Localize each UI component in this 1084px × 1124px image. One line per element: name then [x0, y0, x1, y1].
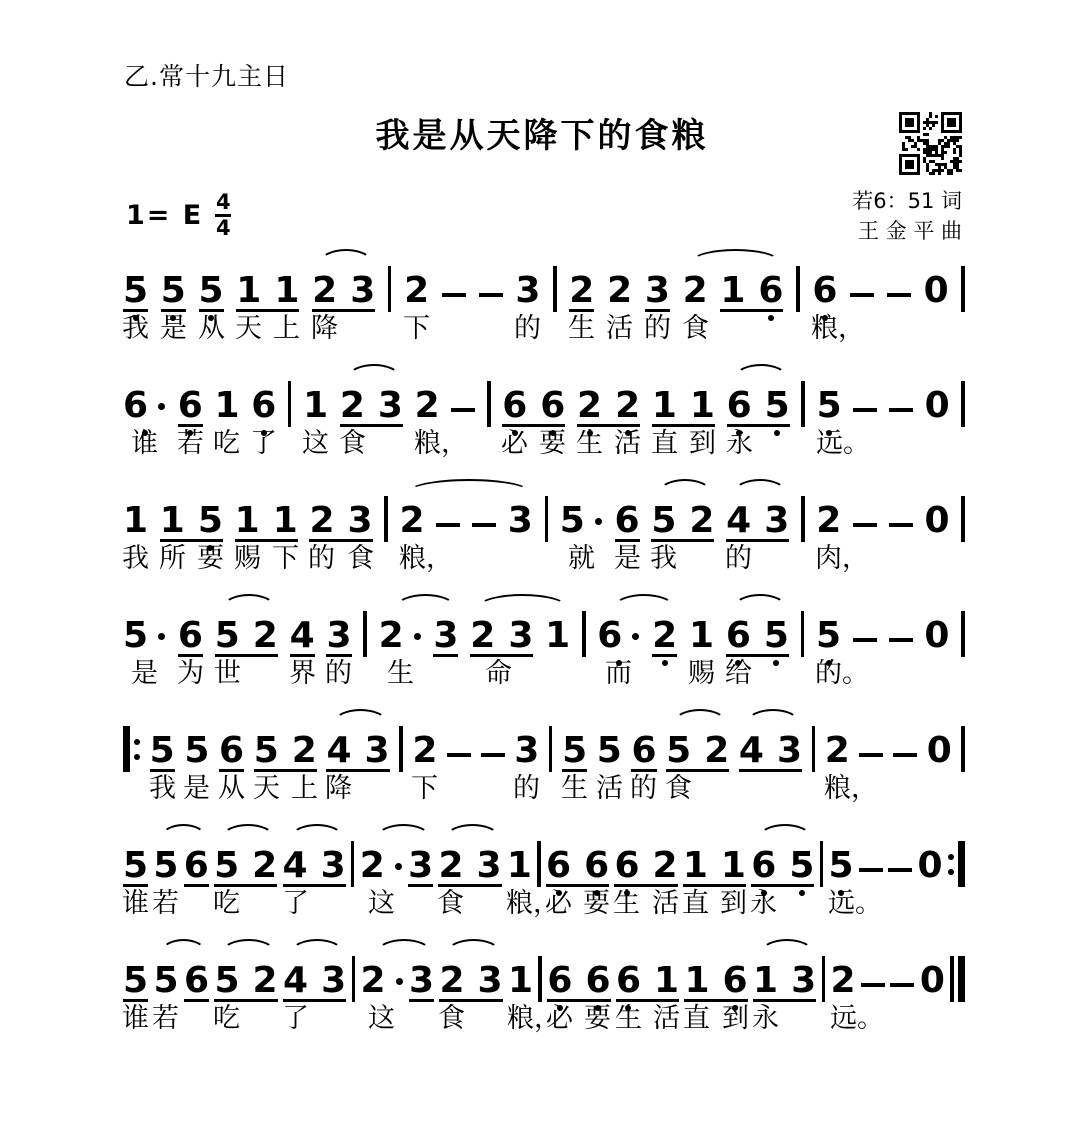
lyric-syllable: 所	[159, 544, 186, 574]
note: 3	[433, 617, 458, 657]
note: 5	[764, 617, 789, 654]
lyric-syllable: 永	[750, 889, 777, 919]
lyric-syllable: 食	[347, 544, 374, 574]
lyric-syllable: 食	[665, 774, 692, 804]
lyric-syllable: 生	[615, 1004, 642, 1034]
note-number: 2	[704, 732, 729, 769]
rest-number: 0	[927, 732, 952, 769]
note-number: 1	[273, 502, 298, 539]
note: 6	[631, 732, 656, 772]
note: 5	[214, 847, 239, 884]
music-line: 11511232356524320我所要赐下的食粮，就是我的肉，	[123, 494, 965, 594]
note-number: 6	[758, 272, 783, 309]
slur-arc	[291, 939, 343, 965]
note: 5	[215, 617, 240, 654]
note-number: 1	[123, 502, 148, 539]
lyric-syllable: 永	[752, 1004, 779, 1034]
note: 5	[123, 962, 148, 1002]
note: 3	[378, 387, 403, 424]
note-number: 5	[153, 847, 178, 884]
note: 5	[829, 847, 854, 887]
slur-arc	[735, 364, 787, 390]
slur-arc	[447, 939, 500, 965]
lyric-syllable: 是	[131, 659, 158, 689]
note: 2	[652, 617, 677, 657]
note: 6	[616, 962, 641, 999]
slur-arc	[747, 709, 799, 735]
note-number: 5	[816, 617, 841, 654]
slur-arc	[396, 594, 455, 620]
note: 5	[651, 502, 676, 539]
note-number: 5	[161, 272, 186, 309]
note: 6	[615, 502, 640, 542]
note: 2	[309, 502, 334, 539]
note: 2	[577, 387, 602, 424]
barline	[961, 381, 965, 427]
barline	[950, 956, 954, 1002]
note-number: 6	[727, 387, 752, 424]
note: 1	[214, 387, 239, 427]
lyric-syllable: 赐	[234, 544, 261, 574]
note: 5	[560, 502, 603, 542]
note-number: 2	[412, 732, 437, 769]
note-number: 5	[597, 732, 622, 769]
note-number: 4	[326, 732, 351, 769]
note: 0	[917, 847, 942, 887]
lyric-syllable: 远。	[828, 889, 882, 919]
note: 6	[597, 617, 640, 657]
note-number: 5	[560, 502, 585, 539]
lyric-syllable: 从	[218, 774, 245, 804]
note: 2	[412, 732, 437, 772]
duration-dash	[861, 983, 885, 988]
lyric-syllable: 若	[152, 1004, 179, 1034]
music-line: 661612326622116550谁若吃了这食粮，必要生活直到永远。	[123, 379, 965, 479]
note-number: 3	[433, 617, 458, 654]
barline	[352, 956, 356, 1002]
note-number: 2	[470, 617, 495, 654]
lyric-syllable: 是	[183, 774, 210, 804]
note: 5	[562, 732, 587, 772]
lyric-syllable: 直	[683, 1004, 710, 1034]
note-number: 3	[508, 502, 533, 539]
note: 5	[150, 732, 175, 772]
lyric-syllable: 的	[630, 774, 657, 804]
slur-arc	[674, 709, 726, 735]
note: 6	[585, 962, 610, 999]
note: 3	[321, 962, 346, 999]
slur-arc	[659, 479, 711, 505]
note: 6	[540, 387, 565, 424]
augmentation-dot-icon	[595, 518, 602, 525]
note: 2	[607, 272, 632, 312]
lyric-syllable: 活	[596, 774, 623, 804]
slur-arc	[759, 824, 811, 850]
lyric-syllable: 的	[725, 544, 752, 574]
note: 3	[515, 272, 540, 312]
note: 2	[825, 732, 850, 772]
note: 2	[340, 387, 365, 424]
note: 3	[321, 847, 346, 884]
note: 6	[726, 617, 751, 654]
lyric-syllable: 到	[689, 429, 716, 459]
note-number: 5	[666, 732, 691, 769]
duration-dash	[853, 408, 877, 413]
note-number: 5	[123, 847, 148, 884]
note: 1	[160, 502, 185, 539]
note: 1	[508, 962, 533, 1002]
lyric-syllable: 到	[722, 1004, 749, 1034]
music-line: 565243232316216550是为世界的生命而赐给的。	[123, 609, 965, 709]
note: 2	[470, 617, 495, 654]
duration-dash	[447, 753, 471, 758]
lyric-syllable: 的	[644, 314, 671, 344]
barline	[549, 726, 553, 772]
note: 3	[514, 732, 539, 772]
note: 4	[326, 732, 351, 769]
beam-group: 13	[753, 962, 816, 1002]
credits: 若6：51 词 王 金 平 曲	[852, 186, 962, 246]
note-number: 3	[645, 272, 670, 309]
note-number: 3	[350, 272, 375, 309]
note-number: 1	[545, 617, 570, 654]
note-number: 5	[123, 272, 148, 309]
notes-row: 55511232322321660	[123, 264, 965, 312]
lyric-syllable: 活	[652, 889, 679, 919]
slur-arc	[408, 479, 530, 505]
lyric-syllable: 吃	[213, 889, 240, 919]
barline	[801, 381, 805, 427]
lyric-syllable: 上	[291, 774, 318, 804]
barline	[545, 496, 549, 542]
note-number: 2	[360, 962, 385, 999]
low-octave-dot-icon	[799, 890, 805, 896]
duration-dash	[442, 293, 466, 298]
note-number: 5	[123, 962, 148, 999]
lyric-syllable: 永	[726, 429, 753, 459]
beam-group: 43	[326, 732, 389, 772]
note-number: 6	[219, 732, 244, 769]
note-number: 5	[651, 502, 676, 539]
note-number: 6	[726, 617, 751, 654]
duration-dash	[893, 753, 917, 758]
note-number: 1	[684, 962, 709, 999]
note-number: 1	[690, 387, 715, 424]
slur-arc	[691, 249, 780, 275]
note: 1	[123, 502, 148, 542]
music-line: 5565243232316662116550谁若吃了这食粮，必要生活直到永远。	[123, 839, 965, 939]
slur-arc	[291, 824, 343, 850]
note-number: 2	[309, 502, 334, 539]
lyric-syllable: 赐	[688, 659, 715, 689]
lyric-syllable: 食	[682, 314, 709, 344]
note-number: 4	[283, 962, 308, 999]
note: 6	[178, 387, 203, 427]
note: 1	[236, 272, 261, 309]
lyric-syllable: 粮，	[414, 429, 468, 459]
note-number: 1	[235, 502, 260, 539]
note: 3	[508, 502, 533, 542]
beam-group: 43	[726, 502, 789, 542]
slur-arc	[334, 709, 387, 735]
lyric-syllable: 这	[368, 889, 395, 919]
note-number: 5	[150, 732, 175, 769]
note-number: 3	[409, 962, 434, 999]
duration-dash	[859, 753, 883, 758]
duration-dash	[889, 408, 913, 413]
duration-dash	[859, 868, 883, 873]
note: 5	[789, 847, 814, 884]
barline	[384, 496, 388, 542]
lyric-syllable: 要	[197, 544, 224, 574]
lyric-syllable: 粮，	[399, 544, 453, 574]
note: 6	[546, 847, 571, 884]
duration-dash	[853, 523, 877, 528]
notes-row: 661612326622116550	[123, 379, 965, 427]
lyric-syllable: 粮，	[824, 774, 878, 804]
note: 3	[409, 962, 434, 1002]
lyric-syllable: 的。	[815, 659, 869, 689]
lyric-syllable: 天	[235, 314, 262, 344]
low-octave-dot-icon	[768, 315, 774, 321]
note-number: 1	[753, 962, 778, 999]
note: 1	[654, 962, 679, 999]
lyric-syllable: 直	[651, 429, 678, 459]
note: 6	[751, 847, 776, 884]
note: 6	[614, 847, 639, 884]
note-number: 2	[404, 272, 429, 309]
note-number: 4	[283, 847, 308, 884]
note: 5	[153, 847, 178, 887]
note-number: 3	[508, 617, 533, 654]
note: 1	[303, 387, 328, 427]
beam-group: 65	[751, 847, 814, 887]
note: 3	[478, 962, 503, 999]
duration-dash	[481, 753, 505, 758]
slur-arc	[161, 939, 206, 965]
duration-dash	[889, 523, 913, 528]
note-number: 2	[360, 847, 385, 884]
barline	[961, 726, 965, 772]
notes-row: 556524323556524320	[123, 724, 965, 772]
note: 0	[927, 732, 952, 772]
note: 2	[569, 272, 594, 312]
note: 1	[507, 847, 532, 887]
slur-arc	[223, 594, 275, 620]
note: 6	[219, 732, 244, 772]
note-number: 3	[777, 732, 802, 769]
lyric-syllable: 这	[368, 1004, 395, 1034]
lyric-syllable: 食	[438, 1004, 465, 1034]
time-signature: 4 4	[215, 192, 231, 239]
lyric-syllable: 生	[561, 774, 588, 804]
slur-arc	[320, 249, 372, 275]
note-number: 5	[184, 732, 209, 769]
note-number: 2	[253, 962, 278, 999]
repeat-dots-icon	[948, 843, 954, 885]
augmentation-dot-icon	[158, 403, 165, 410]
note: 5	[816, 617, 841, 657]
note-number: 5	[214, 962, 239, 999]
augmentation-dot-icon	[632, 633, 639, 640]
note-number: 6	[178, 387, 203, 424]
note: 6	[178, 617, 203, 657]
note: 5	[184, 732, 209, 772]
note-number: 6	[751, 847, 776, 884]
note-number: 2	[615, 387, 640, 424]
note-number: 4	[739, 732, 764, 769]
note: 3	[791, 962, 816, 999]
note-number: 6	[584, 847, 609, 884]
note-number: 3	[515, 272, 540, 309]
lyric-syllable: 生	[568, 314, 595, 344]
lyric-syllable: 降	[311, 314, 338, 344]
lyric-syllable: 必	[501, 429, 528, 459]
note: 6	[584, 847, 609, 884]
note: 6	[758, 272, 783, 309]
note: 2	[360, 847, 403, 887]
lyric-syllable: 这	[302, 429, 329, 459]
note-number: 2	[400, 502, 425, 539]
lyric-syllable: 界	[289, 659, 316, 689]
note-number: 2	[825, 732, 850, 769]
augmentation-dot-icon	[395, 863, 402, 870]
note: 5	[765, 387, 790, 424]
credit-composer: 王 金 平 曲	[852, 216, 962, 246]
note: 5	[666, 732, 691, 769]
barline-thick	[958, 956, 965, 1002]
note-number: 1	[689, 617, 714, 654]
barline	[553, 266, 557, 312]
note: 2	[653, 847, 678, 884]
note-number: 1	[214, 387, 239, 424]
lyric-syllable: 远。	[830, 1004, 884, 1034]
note: 2	[253, 962, 278, 999]
lyric-syllable: 要	[584, 1004, 611, 1034]
note: 1	[683, 847, 708, 884]
note: 2	[615, 387, 640, 424]
note: 2	[438, 847, 463, 884]
note: 1	[720, 272, 745, 309]
note-number: 5	[764, 617, 789, 654]
time-signature-denominator: 4	[216, 218, 231, 239]
note: 5	[123, 617, 166, 657]
augmentation-dot-icon	[158, 633, 165, 640]
note: 3	[508, 617, 533, 654]
lyric-syllable: 给	[725, 659, 752, 689]
barline	[801, 611, 805, 657]
lyric-syllable: 谁	[122, 889, 149, 919]
note: 3	[348, 502, 373, 539]
note: 5	[254, 732, 279, 769]
note-number: 6	[540, 387, 565, 424]
note-number: 6	[597, 617, 622, 654]
note-number: 2	[292, 732, 317, 769]
lyric-syllable: 食	[339, 429, 366, 459]
note-number: 5	[817, 387, 842, 424]
note-number: 5	[562, 732, 587, 769]
beam-group: 23	[340, 387, 403, 427]
note-number: 6	[178, 617, 203, 654]
barline	[537, 841, 541, 887]
slur-arc	[222, 939, 275, 965]
note: 1	[721, 847, 746, 884]
beam-group: 11	[652, 387, 715, 427]
note-number: 5	[214, 847, 239, 884]
note: 6	[727, 387, 752, 424]
lyric-syllable: 若	[177, 429, 204, 459]
note-number: 6	[616, 962, 641, 999]
barline	[801, 496, 805, 542]
note-number: 5	[198, 502, 223, 539]
note-number: 3	[321, 847, 346, 884]
note-number: 1	[720, 272, 745, 309]
barline	[388, 266, 392, 312]
note-number: 3	[477, 847, 502, 884]
beam-group: 43	[283, 847, 346, 887]
note: 3	[365, 732, 390, 769]
lyric-syllable: 我	[149, 774, 176, 804]
note-number: 6	[502, 387, 527, 424]
note: 1	[690, 387, 715, 424]
note: 3	[477, 847, 502, 884]
note-number: 6	[585, 962, 610, 999]
lyric-syllable: 而	[605, 659, 632, 689]
beam-group: 66	[502, 387, 565, 427]
key-label: 1= E	[126, 200, 203, 231]
note-number: 6	[615, 502, 640, 539]
note: 1	[274, 272, 299, 309]
qr-code	[899, 112, 962, 175]
lyric-syllable: 我	[122, 314, 149, 344]
lyric-syllable: 要	[583, 889, 610, 919]
note: 2	[400, 502, 425, 542]
slur-arc	[377, 824, 430, 850]
beam-group: 52	[254, 732, 317, 772]
note-number: 2	[312, 272, 337, 309]
note: 5	[153, 962, 178, 1002]
lyric-syllable: 肉，	[815, 544, 869, 574]
note-number: 2	[340, 387, 365, 424]
slur-arc	[446, 824, 499, 850]
note: 2	[415, 387, 440, 427]
note: 5	[597, 732, 622, 772]
note-number: 5	[254, 732, 279, 769]
beam-group: 52	[215, 617, 278, 657]
note: 1	[652, 387, 677, 424]
beam-group: 65	[726, 617, 789, 657]
note-number: 2	[683, 272, 708, 309]
lyric-syllable: 天	[253, 774, 280, 804]
note-number: 1	[654, 962, 679, 999]
note: 2	[689, 502, 714, 539]
lyric-syllable: 下	[411, 774, 438, 804]
note-number: 3	[791, 962, 816, 999]
duration-dash	[472, 523, 496, 528]
low-octave-dot-icon	[662, 660, 668, 666]
lyric-syllable: 上	[273, 314, 300, 344]
note-number: 6	[184, 962, 209, 999]
rest-number: 0	[924, 617, 949, 654]
note-number: 2	[253, 617, 278, 654]
note-number: 5	[829, 847, 854, 884]
lyric-syllable: 命	[485, 659, 512, 689]
repeat-dots-icon	[134, 728, 140, 770]
note: 6	[184, 847, 209, 887]
note-number: 2	[607, 272, 632, 309]
beam-group: 15	[160, 502, 223, 542]
note: 2	[704, 732, 729, 769]
